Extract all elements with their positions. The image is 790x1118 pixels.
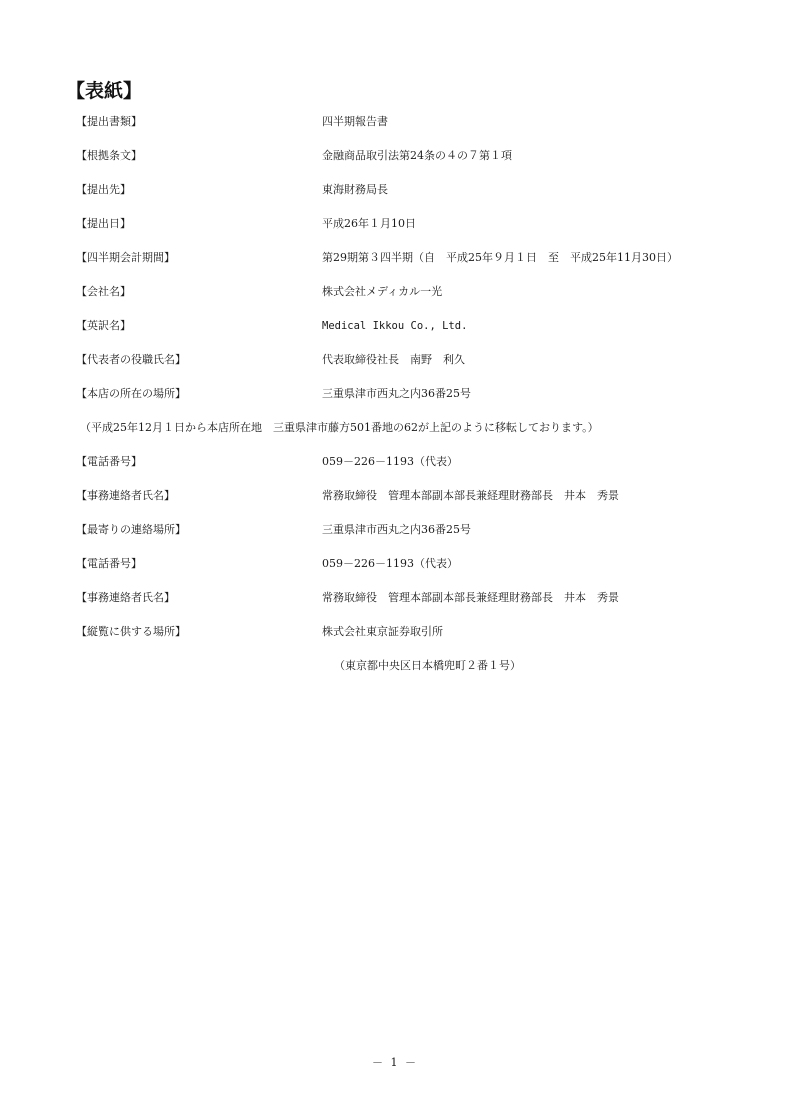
field-label: 【事務連絡者氏名】 <box>76 488 175 504</box>
field-value: 株式会社メディカル一光 <box>322 284 442 300</box>
field-label: 【英訳名】 <box>76 318 131 334</box>
field-label: 【代表者の役職氏名】 <box>76 352 186 368</box>
field-label: 【事務連絡者氏名】 <box>76 590 175 606</box>
field-row-submission-date: 【提出日】 平成26年１月10日 <box>0 216 790 250</box>
field-row-phone-2: 【電話番号】 059－226－1193（代表） <box>0 556 790 590</box>
field-label: 【本店の所在の場所】 <box>76 386 186 402</box>
field-label: 【提出先】 <box>76 182 131 198</box>
field-value: 059－226－1193（代表） <box>322 556 458 572</box>
field-value: 四半期報告書 <box>322 114 388 130</box>
field-row-contact-person-2: 【事務連絡者氏名】 常務取締役 管理本部副本部長兼経理財務部長 井本 秀景 <box>0 590 790 624</box>
field-row-representative: 【代表者の役職氏名】 代表取締役社長 南野 利久 <box>0 352 790 386</box>
page-number: － 1 － <box>0 1054 790 1070</box>
field-value: 株式会社東京証券取引所 <box>322 624 443 640</box>
field-label: 【提出日】 <box>76 216 131 232</box>
field-value: 代表取締役社長 南野 利久 <box>322 352 465 368</box>
field-value: 金融商品取引法第24条の４の７第１項 <box>322 148 512 164</box>
field-row-legal-basis: 【根拠条文】 金融商品取引法第24条の４の７第１項 <box>0 148 790 182</box>
field-label: 【会社名】 <box>76 284 131 300</box>
field-label: 【電話番号】 <box>76 454 142 470</box>
field-value: 三重県津市西丸之内36番25号 <box>322 522 471 538</box>
field-label: 【四半期会計期間】 <box>76 250 175 266</box>
field-row-accounting-period: 【四半期会計期間】 第29期第３四半期（自 平成25年９月１日 至 平成25年1… <box>0 250 790 284</box>
field-row-contact-person: 【事務連絡者氏名】 常務取締役 管理本部副本部長兼経理財務部長 井本 秀景 <box>0 488 790 522</box>
field-value: 第29期第３四半期（自 平成25年９月１日 至 平成25年11月30日） <box>322 250 678 266</box>
inspection-address-text: （東京都中央区日本橋兜町２番１号） <box>334 658 521 674</box>
field-row-nearest-contact-place: 【最寄りの連絡場所】 三重県津市西丸之内36番25号 <box>0 522 790 556</box>
field-row-phone: 【電話番号】 059－226－1193（代表） <box>0 454 790 488</box>
field-row-head-office: 【本店の所在の場所】 三重県津市西丸之内36番25号 <box>0 386 790 420</box>
page-title: 【表紙】 <box>66 76 142 103</box>
field-value: 059－226－1193（代表） <box>322 454 458 470</box>
field-row-public-inspection-place: 【縦覧に供する場所】 株式会社東京証券取引所 <box>0 624 790 658</box>
document-page: 【表紙】 【提出書類】 四半期報告書 【根拠条文】 金融商品取引法第24条の４の… <box>0 0 790 1118</box>
field-row-submitted-to: 【提出先】 東海財務局長 <box>0 182 790 216</box>
field-label: 【最寄りの連絡場所】 <box>76 522 186 538</box>
field-label: 【縦覧に供する場所】 <box>76 624 186 640</box>
field-label: 【提出書類】 <box>76 114 142 130</box>
relocation-note: （平成25年12月１日から本店所在地 三重県津市藤方501番地の62が上記のよう… <box>0 420 790 454</box>
field-value: 平成26年１月10日 <box>322 216 416 232</box>
field-row-filing-type: 【提出書類】 四半期報告書 <box>0 114 790 148</box>
cover-fields: 【提出書類】 四半期報告書 【根拠条文】 金融商品取引法第24条の４の７第１項 … <box>0 114 790 692</box>
field-value: 常務取締役 管理本部副本部長兼経理財務部長 井本 秀景 <box>322 488 619 504</box>
field-label: 【電話番号】 <box>76 556 142 572</box>
relocation-note-text: （平成25年12月１日から本店所在地 三重県津市藤方501番地の62が上記のよう… <box>80 420 599 436</box>
field-label: 【根拠条文】 <box>76 148 142 164</box>
field-value: 三重県津市西丸之内36番25号 <box>322 386 471 402</box>
field-row-company-name: 【会社名】 株式会社メディカル一光 <box>0 284 790 318</box>
field-row-english-name: 【英訳名】 Medical Ikkou Co., Ltd. <box>0 318 790 352</box>
field-value: 常務取締役 管理本部副本部長兼経理財務部長 井本 秀景 <box>322 590 619 606</box>
inspection-address: （東京都中央区日本橋兜町２番１号） <box>0 658 790 692</box>
field-value: 東海財務局長 <box>322 182 388 198</box>
field-value: Medical Ikkou Co., Ltd. <box>322 318 467 334</box>
